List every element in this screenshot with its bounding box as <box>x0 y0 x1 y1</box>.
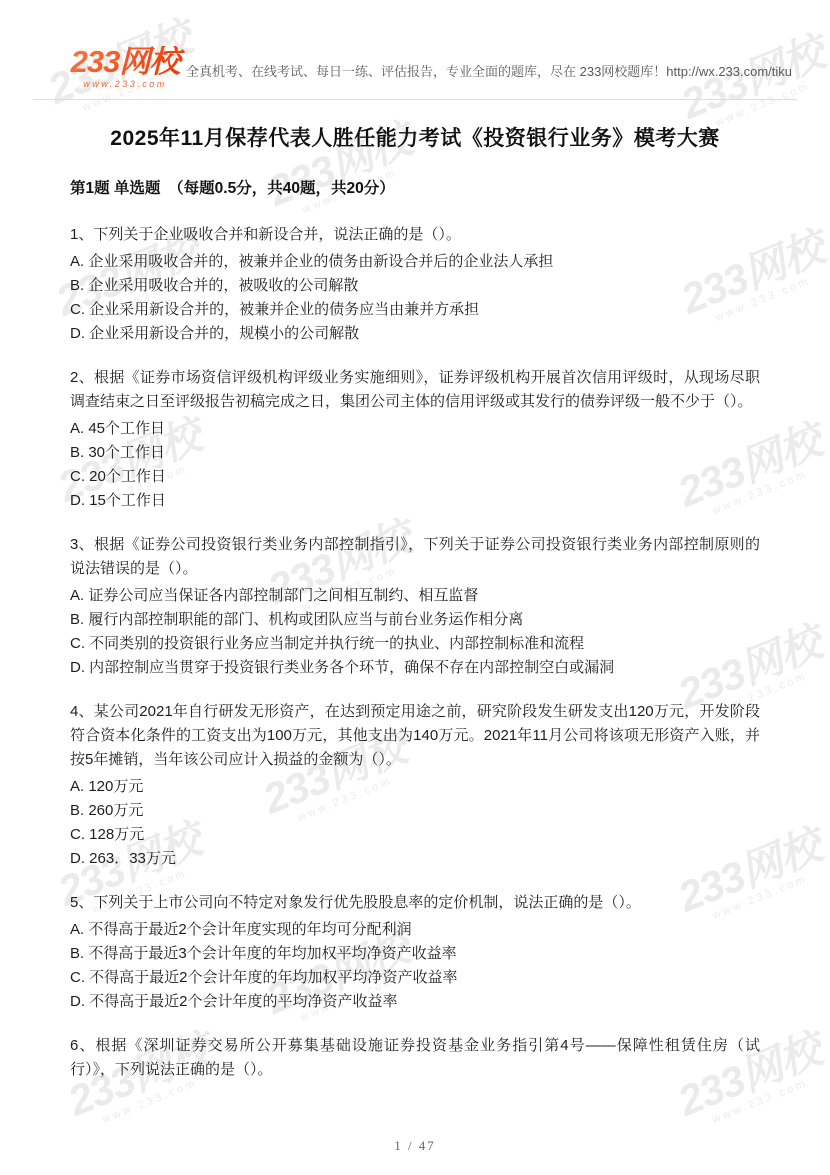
option-item: B. 企业采用吸收合并的，被吸收的公司解散 <box>70 274 760 298</box>
question-block-5: 5、下列关于上市公司向不特定对象发行优先股股息率的定价机制，说法正确的是（）。 … <box>70 891 760 1014</box>
option-item: C. 128万元 <box>70 823 760 847</box>
option-list: A. 企业采用吸收合并的，被兼并企业的债务由新设合并后的企业法人承担 B. 企业… <box>70 250 760 346</box>
header-divider <box>33 99 797 100</box>
option-item: C. 不得高于最近2个会计年度的年均加权平均净资产收益率 <box>70 966 760 990</box>
exam-title: 2025年11月保荐代表人胜任能力考试《投资银行业务》模考大赛 <box>70 124 760 154</box>
option-item: D. 内部控制应当贯穿于投资银行类业务各个环节，确保不存在内部控制空白或漏洞 <box>70 656 760 680</box>
exam-content: 2025年11月保荐代表人胜任能力考试《投资银行业务》模考大赛 第1题 单选题 … <box>70 99 760 1102</box>
document-page: 233网校www.233.com 233网校www.233.com 233网校w… <box>0 0 830 1175</box>
question-text: 6、根据《深圳证券交易所公开募集基础设施证券投资基金业务指引第4号——保障性租赁… <box>70 1034 760 1082</box>
option-item: A. 证券公司应当保证各内部控制部门之间相互制约、相互监督 <box>70 584 760 608</box>
option-item: D. 企业采用新设合并的，规模小的公司解散 <box>70 322 760 346</box>
option-list: A. 45个工作日 B. 30个工作日 C. 20个工作日 D. 15个工作日 <box>70 417 760 513</box>
section-heading: 第1题 单选题 （每题0.5分，共40题，共20分） <box>70 179 760 198</box>
brand-logo-text: 233网校 <box>60 46 190 77</box>
question-text: 1、下列关于企业吸收合并和新设合并，说法正确的是（）。 <box>70 223 760 247</box>
option-list: A. 不得高于最近2个会计年度实现的年均可分配利润 B. 不得高于最近3个会计年… <box>70 918 760 1014</box>
page-number: 1 / 47 <box>0 1138 830 1154</box>
question-block-1: 1、下列关于企业吸收合并和新设合并，说法正确的是（）。 A. 企业采用吸收合并的… <box>70 223 760 346</box>
option-item: B. 30个工作日 <box>70 441 760 465</box>
brand-logo-url: www.233.com <box>60 79 190 89</box>
question-block-2: 2、根据《证券市场资信评级机构评级业务实施细则》，证券评级机构开展首次信用评级时… <box>70 366 760 513</box>
question-block-4: 4、某公司2021年自行研发无形资产，在达到预定用途之前，研究阶段发生研发支出1… <box>70 700 760 871</box>
option-list: A. 120万元 B. 260万元 C. 128万元 D. 263．33万元 <box>70 775 760 871</box>
option-item: A. 45个工作日 <box>70 417 760 441</box>
brand-logo: 233网校 www.233.com <box>60 46 190 89</box>
question-block-6: 6、根据《深圳证券交易所公开募集基础设施证券投资基金业务指引第4号——保障性租赁… <box>70 1034 760 1082</box>
option-item: B. 履行内部控制职能的部门、机构或团队应当与前台业务运作相分离 <box>70 608 760 632</box>
option-item: D. 15个工作日 <box>70 489 760 513</box>
header-tagline: 全真机考、在线考试、每日一练、评估报告，专业全面的题库，尽在 233网校题库！h… <box>186 61 790 80</box>
option-item: D. 不得高于最近2个会计年度的平均净资产收益率 <box>70 990 760 1014</box>
option-item: A. 不得高于最近2个会计年度实现的年均可分配利润 <box>70 918 760 942</box>
question-list: 1、下列关于企业吸收合并和新设合并，说法正确的是（）。 A. 企业采用吸收合并的… <box>70 223 760 1082</box>
option-item: B. 260万元 <box>70 799 760 823</box>
option-item: A. 企业采用吸收合并的，被兼并企业的债务由新设合并后的企业法人承担 <box>70 250 760 274</box>
option-item: C. 企业采用新设合并的，被兼并企业的债务应当由兼并方承担 <box>70 298 760 322</box>
option-item: D. 263．33万元 <box>70 847 760 871</box>
option-list: A. 证券公司应当保证各内部控制部门之间相互制约、相互监督 B. 履行内部控制职… <box>70 584 760 680</box>
option-item: C. 不同类别的投资银行业务应当制定并执行统一的执业、内部控制标准和流程 <box>70 632 760 656</box>
question-text: 4、某公司2021年自行研发无形资产，在达到预定用途之前，研究阶段发生研发支出1… <box>70 700 760 772</box>
question-text: 3、根据《证券公司投资银行类业务内部控制指引》，下列关于证券公司投资银行类业务内… <box>70 533 760 581</box>
question-block-3: 3、根据《证券公司投资银行类业务内部控制指引》，下列关于证券公司投资银行类业务内… <box>70 533 760 680</box>
option-item: B. 不得高于最近3个会计年度的年均加权平均净资产收益率 <box>70 942 760 966</box>
question-text: 2、根据《证券市场资信评级机构评级业务实施细则》，证券评级机构开展首次信用评级时… <box>70 366 760 414</box>
question-text: 5、下列关于上市公司向不特定对象发行优先股股息率的定价机制，说法正确的是（）。 <box>70 891 760 915</box>
option-item: C. 20个工作日 <box>70 465 760 489</box>
option-item: A. 120万元 <box>70 775 760 799</box>
